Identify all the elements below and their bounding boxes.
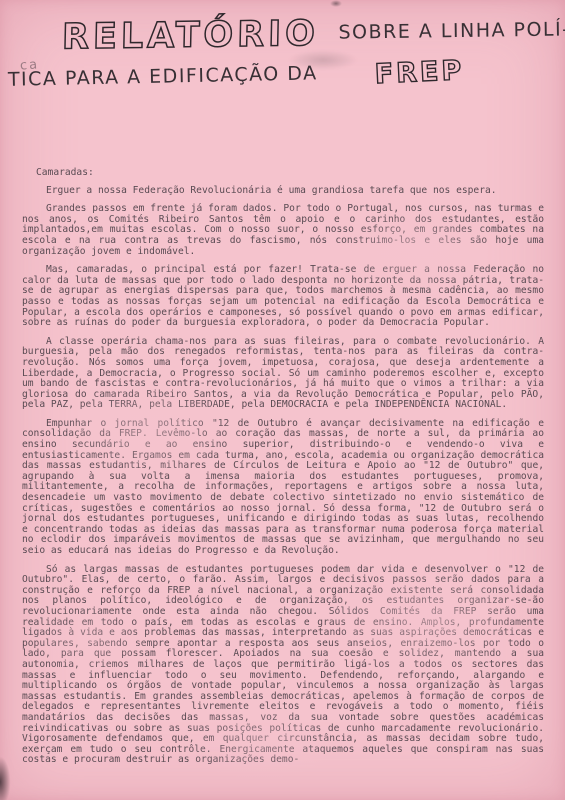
title-acronym-frep: FREP (374, 55, 465, 90)
title-line2-text: TICA PARA A EDIFICAÇÃO DA (8, 62, 318, 90)
document-title: RELATÓRIO SOBRE A LINHA POLÍ- ca TICA PA… (0, 14, 565, 95)
title-line-2: TICA PARA A EDIFICAÇÃO DA FREP (8, 57, 565, 101)
paragraph-4: A classe operária chama-nos para as suas… (22, 337, 544, 411)
ink-ghost-smudge (288, 50, 358, 70)
paragraph-1: Erguer a nossa Federação Revolucionária … (22, 186, 544, 197)
paragraph-5: Empunhar o jornal político "12 de Outubr… (22, 419, 544, 557)
paragraph-3: Mas, camaradas, o principal está por faz… (22, 265, 544, 329)
bottom-left-stain (0, 742, 12, 800)
paragraph-2: Grandes passos em frente já foram dados.… (22, 204, 544, 257)
salutation: Camaradas: (22, 168, 544, 179)
title-line1-rest: SOBRE A LINHA POLÍ- (338, 18, 565, 43)
title-outline-word: RELATÓRIO (62, 14, 320, 58)
typewritten-body: Camaradas: Erguer a nossa Federação Revo… (0, 168, 565, 774)
top-ink-speck (330, 0, 342, 7)
scanned-pamphlet-page: RELATÓRIO SOBRE A LINHA POLÍ- ca TICA PA… (0, 0, 565, 800)
paragraph-6: Só as largas massas de estudantes portug… (22, 565, 544, 766)
